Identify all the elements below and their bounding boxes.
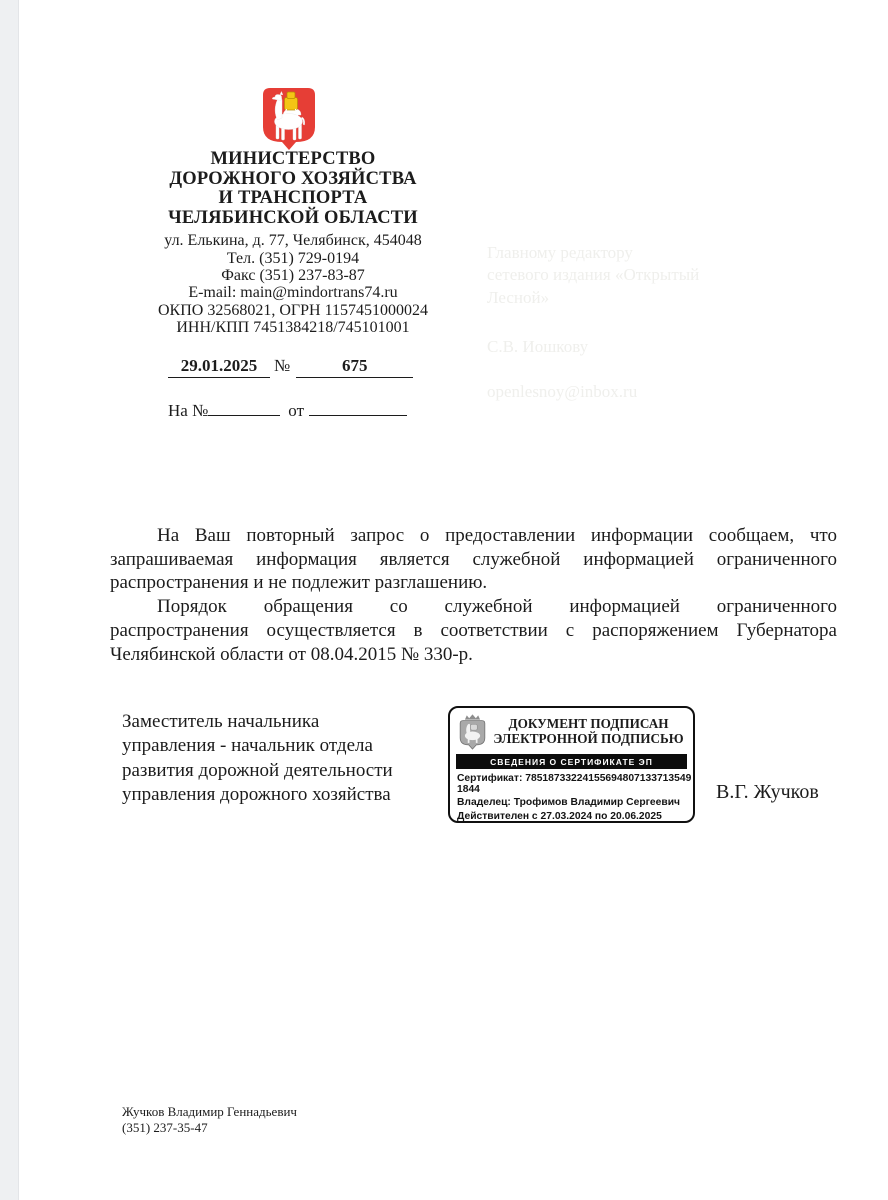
certificate-info-bar: СВЕДЕНИЯ О СЕРТИФИКАТЕ ЭП xyxy=(456,754,687,769)
reply-number-blank xyxy=(208,398,280,416)
text-line: распространения и не подлежит разглашени… xyxy=(110,571,837,595)
stamp-title: ДОКУМЕНТ ПОДПИСАН ЭЛЕКТРОННОЙ ПОДПИСЬЮ xyxy=(489,717,688,746)
letter-body: На Ваш повторный запрос о предоставлении… xyxy=(110,524,837,666)
coat-of-arms-icon xyxy=(257,84,321,152)
addressee-block: Главному редакторусетевого издания «Откр… xyxy=(487,242,787,309)
okpo-ogrn-line: ОКПО 32568021, ОГРН 1157451000024 xyxy=(118,302,468,319)
text-line: запрашиваемая информация является служеб… xyxy=(110,548,837,572)
text-line: Заместитель начальника xyxy=(122,710,462,734)
text-line: МИНИСТЕРСТВО xyxy=(118,150,468,170)
outgoing-date: 29.01.2025 xyxy=(168,356,270,378)
reply-date-blank xyxy=(309,398,407,416)
electronic-signature-stamp: ДОКУМЕНТ ПОДПИСАН ЭЛЕКТРОННОЙ ПОДПИСЬЮ С… xyxy=(448,706,695,823)
reply-reference-row: На №от xyxy=(168,398,407,421)
document-page: МИНИСТЕРСТВОДОРОЖНОГО ХОЗЯЙСТВАИ ТРАНСПО… xyxy=(0,0,888,1200)
text-line: На Ваш повторный запрос о предоставлении… xyxy=(110,524,837,548)
text-line: управления дорожного хозяйства xyxy=(122,783,462,807)
letterhead-contacts: ул. Елькина, д. 77, Челябинск, 454048 Те… xyxy=(118,232,468,336)
paragraph-1: На Ваш повторный запрос о предоставлении… xyxy=(110,524,837,595)
reply-label: На № xyxy=(168,401,208,420)
text-line: сетевого издания «Открытый xyxy=(487,264,787,286)
executor-block: Жучков Владимир Геннадьевич (351) 237-35… xyxy=(122,1104,297,1135)
reference-row: 29.01.2025№675 xyxy=(168,356,413,378)
text-line: управления - начальник отдела xyxy=(122,734,462,758)
certificate-owner: Владелец: Трофимов Владимир Сергеевич xyxy=(457,797,693,808)
stamp-title-line2: ЭЛЕКТРОННОЙ ПОДПИСЬЮ xyxy=(489,732,688,747)
fax-line: Факс (351) 237-83-87 xyxy=(118,267,468,284)
address-line: ул. Елькина, д. 77, Челябинск, 454048 xyxy=(118,232,468,249)
text-line: Челябинской области от 08.04.2015 № 330-… xyxy=(110,643,837,667)
email-line: E-mail: main@mindortrans74.ru xyxy=(118,284,468,301)
number-sign: № xyxy=(274,356,290,375)
ministry-name: МИНИСТЕРСТВОДОРОЖНОГО ХОЗЯЙСТВАИ ТРАНСПО… xyxy=(118,150,468,228)
text-line: Лесной» xyxy=(487,287,787,309)
signer-name: В.Г. Жучков xyxy=(716,781,819,804)
letterhead: МИНИСТЕРСТВОДОРОЖНОГО ХОЗЯЙСТВАИ ТРАНСПО… xyxy=(118,150,468,336)
coat-of-arms-monochrome-icon xyxy=(456,713,489,751)
text-line: ДОРОЖНОГО ХОЗЯЙСТВА xyxy=(118,170,468,190)
text-line: развития дорожной деятельности xyxy=(122,759,462,783)
inn-kpp-line: ИНН/КПП 7451384218/745101001 xyxy=(118,319,468,336)
certificate-validity: Действителен с 27.03.2024 по 20.06.2025 xyxy=(457,811,693,822)
stamp-header: ДОКУМЕНТ ПОДПИСАН ЭЛЕКТРОННОЙ ПОДПИСЬЮ xyxy=(450,708,693,753)
stamp-title-line1: ДОКУМЕНТ ПОДПИСАН xyxy=(489,717,688,732)
text-line: распространения осуществляется в соответ… xyxy=(110,619,837,643)
text-line: ЧЕЛЯБИНСКОЙ ОБЛАСТИ xyxy=(118,209,468,229)
certificate-number: Сертификат: 7851873322415569480713371354… xyxy=(457,773,693,796)
text-line: И ТРАНСПОРТА xyxy=(118,189,468,209)
certificate-details: Сертификат: 7851873322415569480713371354… xyxy=(450,769,693,823)
signer-position: Заместитель начальникауправления - начал… xyxy=(122,710,462,808)
addressee-name: С.В. Иошкову xyxy=(487,337,588,357)
paragraph-2: Порядок обращения со служебной информаци… xyxy=(110,595,837,666)
text-line: Главному редактору xyxy=(487,242,787,264)
reply-from-label: от xyxy=(288,401,304,420)
executor-name: Жучков Владимир Геннадьевич xyxy=(122,1104,297,1120)
scan-edge-strip xyxy=(0,0,19,1200)
executor-phone: (351) 237-35-47 xyxy=(122,1120,297,1136)
phone-line: Тел. (351) 729-0194 xyxy=(118,250,468,267)
addressee-email: openlesnoy@inbox.ru xyxy=(487,382,637,402)
outgoing-number: 675 xyxy=(296,356,413,378)
text-line: Порядок обращения со служебной информаци… xyxy=(110,595,837,619)
